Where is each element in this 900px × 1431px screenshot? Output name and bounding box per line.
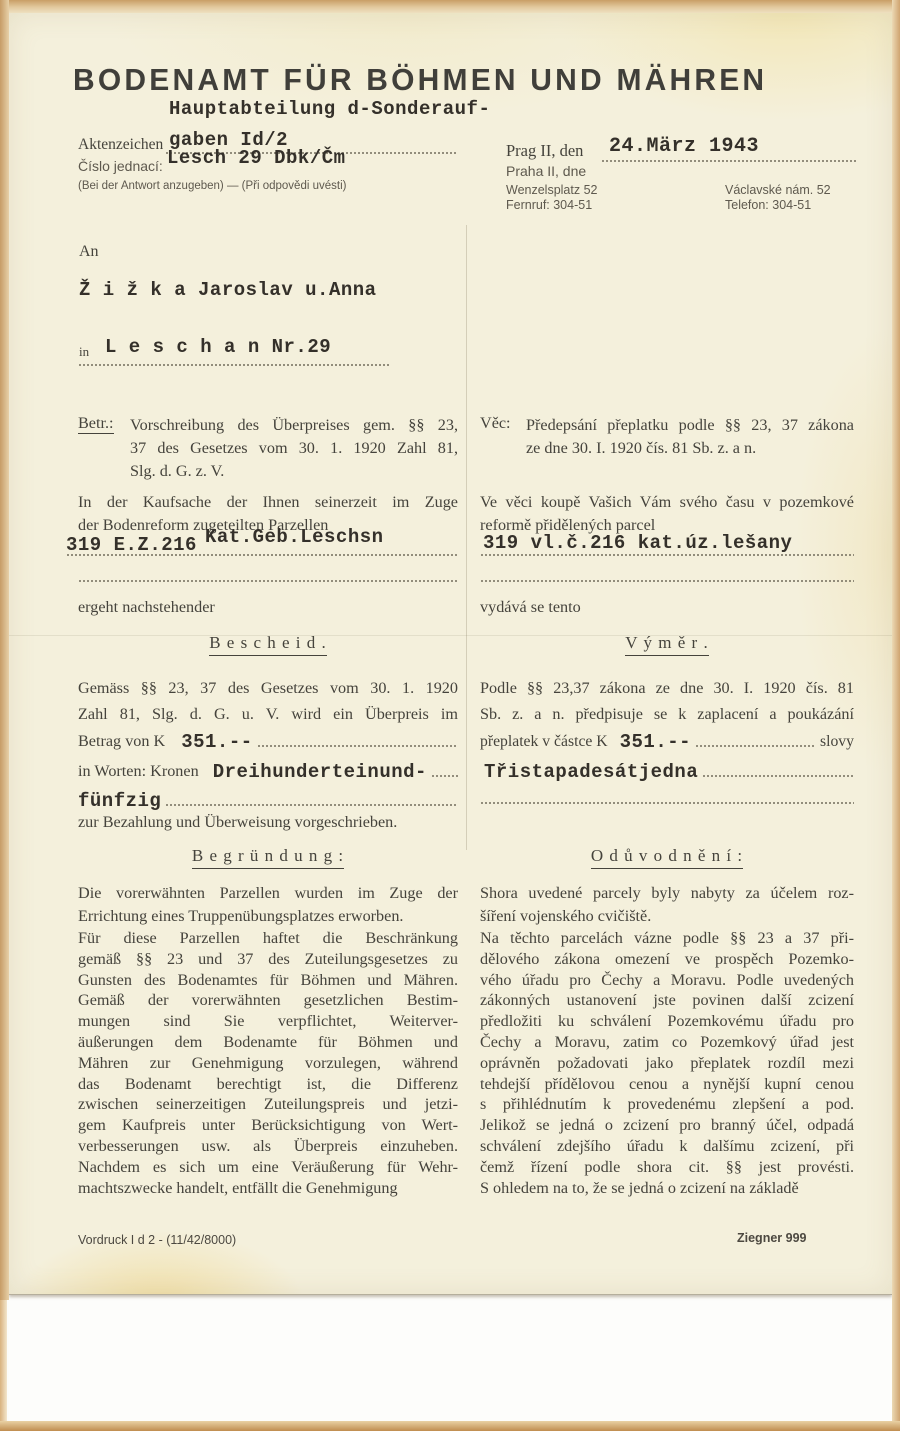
- text-line: verbesserungen usw. als Überpreis einzuh…: [78, 1136, 458, 1157]
- text-line: In der Kaufsache der Ihnen seinerzeit im…: [78, 491, 458, 514]
- text-line: Sb. z. a n. předpisuje se k zaplacení a …: [480, 702, 854, 728]
- reason-p1-de: Die vorerwähnten Parzellen wurden im Zug…: [78, 882, 458, 927]
- text-line: Gunsten des Bodenamtes für Böhmen und Mä…: [78, 970, 458, 991]
- bescheid-paragraph: Gemäss §§ 23, 37 des Gesetzes vom 30. 1.…: [78, 676, 458, 727]
- betreff-lines: Vorschreibung des Überpreises gem. §§ 23…: [130, 414, 458, 483]
- form-number: Vordruck I d 2 - (11/42/8000): [78, 1233, 236, 1247]
- text-line: Zahl 81, Slg. d. G. u. V. wird ein Überp…: [78, 702, 458, 728]
- blank-dotted-line-cs: [480, 580, 854, 582]
- text-line: gemäß §§ 23 und 37 des Zuteilungsgesetze…: [78, 949, 458, 970]
- amount-dotted-fill-de: [257, 745, 458, 747]
- text-line: Shora uvedené parcely byly nabyty za úče…: [480, 882, 854, 905]
- letter-paper: BODENAMT FÜR BÖHMEN UND MÄHREN Hauptabte…: [9, 13, 892, 1295]
- file-ref-note: (Bei der Antwort anzugeben) — (Při odpov…: [78, 180, 346, 192]
- text-line: Jelikož se jedná o zcizení pro branný úč…: [480, 1115, 854, 1136]
- text-line: Errichtung eines Truppenübungsplatzes er…: [78, 905, 458, 928]
- text-line: zwischen seinerzeitigen Zuteilungspreis …: [78, 1094, 458, 1115]
- vydava-line: vydává se tento: [480, 598, 581, 617]
- parcel-number-de: 319 E.Z.216: [66, 534, 197, 556]
- amount-label-cs: přeplatek v částce K: [480, 733, 608, 751]
- parcel-number-cs: 319 vl.č.216 kat.úz.lešany: [483, 532, 792, 554]
- text-line: äußerungen dem Bodenamte für Böhmen und: [78, 1032, 458, 1053]
- words2-dotted-fill-de: [165, 804, 458, 806]
- words-label-de: in Worten: Kronen: [78, 762, 199, 781]
- cadastre-de: Kat.Geb.Leschsn: [205, 526, 384, 548]
- recipient-in-label: in: [79, 344, 89, 360]
- date-value: 24.März 1943: [609, 135, 759, 158]
- agency-title: BODENAMT FÜR BÖHMEN UND MÄHREN: [73, 64, 767, 99]
- text-line: Mähren zur Genehmigung vorzulegen, währe…: [78, 1053, 458, 1074]
- text-line: s přihlédnutím k provedenému zlepšení a …: [480, 1094, 854, 1115]
- text-line: Für diese Parzellen haftet die Beschränk…: [78, 928, 458, 949]
- printer-mark: Ziegner 999: [737, 1231, 806, 1245]
- vec-lines: Předepsání přeplatku podle §§ 23, 37 zák…: [526, 414, 854, 460]
- text-line: das Bodenamt berechtigt ist, die Differe…: [78, 1074, 458, 1095]
- text-line: gem Kaufpreis unter Berücksichtigung von…: [78, 1115, 458, 1136]
- vymer-paragraph: Podle §§ 23,37 zákona ze dne 30. I. 1920…: [480, 676, 854, 727]
- reason-p1-cs: Shora uvedené parcely byly nabyty za úče…: [480, 882, 854, 927]
- betreff-block: Betr.: Vorschreibung des Überpreises gem…: [78, 414, 458, 483]
- photo-border-bottom: [0, 1421, 900, 1431]
- text-line: Gemäss §§ 23, 37 des Gesetzes vom 30. 1.…: [78, 676, 458, 702]
- veveci-paragraph: Ve věci koupě Vašich Vám svého času v po…: [480, 491, 854, 537]
- text-line: vého úřadu pro Čechy a Moravu. Podle uve…: [480, 970, 854, 991]
- amount-words-row-de: in Worten: Kronen Dreihunderteinund-: [78, 755, 458, 781]
- amount-row-de: Betrag von K 351.--: [78, 725, 458, 751]
- amount-words-de-1: Dreihunderteinund-: [213, 761, 427, 783]
- begruendung-heading: B e g r ü n d u n g :: [78, 846, 458, 866]
- text-line: zákonných ustanovení jste povinen další …: [480, 990, 854, 1011]
- text-line: šíření vojenského cvičiště.: [480, 905, 854, 928]
- place-date-label-cs: Praha II, dne: [506, 163, 586, 179]
- blank-dotted-line2-cs: [480, 802, 854, 804]
- fold-crease-vertical: [466, 225, 467, 850]
- amount-value-cs: 351.--: [620, 731, 691, 753]
- text-line: 37 des Gesetzes vom 30. 1. 1920 Zahl 81,: [130, 437, 458, 460]
- text-line: Die vorerwähnten Parzellen wurden im Zug…: [78, 882, 458, 905]
- blank-dotted-line-de: [78, 580, 457, 582]
- reason-p2-de: Für diese Parzellen haftet die Beschränk…: [78, 928, 458, 1198]
- file-ref-label-de: Aktenzeichen: [78, 136, 163, 154]
- text-line: S ohledem na to, že se jedná o zcizení n…: [480, 1178, 854, 1199]
- text-line: Předepsání přeplatku podle §§ 23, 37 zák…: [526, 414, 854, 437]
- text-line: dělového zákona omezení ve prospěch Poze…: [480, 949, 854, 970]
- recipient-name: Ž i ž k a Jaroslav u.Anna: [79, 279, 377, 301]
- amount-words2-row-de: fünfzig: [78, 784, 458, 810]
- amount-words-row-cs: Třistapadesátjedna: [480, 755, 854, 781]
- betreff-label: Betr.:: [78, 414, 114, 434]
- address-de-street: Wenzelsplatz 52: [506, 183, 598, 197]
- vec-label: Věc:: [480, 414, 511, 433]
- text-line: Slg. d. G. z. V.: [130, 460, 458, 483]
- photo-border-left-lower: [0, 1300, 7, 1431]
- file-ref-value: Lesch 29 Dbk/Čm: [167, 147, 346, 169]
- text-line: Ve věci koupě Vašich Vám svého času v po…: [480, 491, 854, 514]
- words-dotted-fill-cs: [702, 775, 854, 777]
- recipient-dotted-line: [78, 364, 391, 366]
- file-ref-label-cs: Číslo jednací:: [78, 158, 163, 174]
- text-line: mungen sind Sie verpflichtet, Weiterver-: [78, 1011, 458, 1032]
- text-line: předložiti ku schválení Pozemkovému úřad…: [480, 1011, 854, 1032]
- photo-border-left: [0, 0, 9, 1300]
- ergeht-line: ergeht nachstehender: [78, 598, 215, 617]
- text-line: Na těchto parcelách vázne podle §§ 23 a …: [480, 928, 854, 949]
- text-line: ze dne 30. I. 1920 čís. 81 Sb. z. a n.: [526, 437, 854, 460]
- address-de-phone: Fernruf: 304-51: [506, 198, 592, 212]
- recipient-place: L e s c h a n Nr.29: [105, 336, 331, 358]
- amount-dotted-fill-cs: [695, 745, 814, 747]
- oduvodneni-heading: O d ů v o d n ě n í :: [480, 846, 854, 866]
- vymer-heading: V ý m ě r .: [480, 633, 854, 653]
- bescheid-heading: B e s c h e i d .: [78, 633, 458, 653]
- text-line: schválení zdejšího úřadu k dalšímu zcize…: [480, 1136, 854, 1157]
- text-line: Nachdem es sich um eine Veräußerung für …: [78, 1157, 458, 1178]
- place-date-label-de: Prag II, den: [506, 141, 583, 161]
- text-line: oprávněn požadovati jako přeplatek rozdí…: [480, 1053, 854, 1074]
- department-line1: Hauptabteilung d-Sonderauf-: [169, 98, 490, 120]
- backing-sheet: [9, 1295, 893, 1421]
- text-line: machtszwecke handelt, entfällt die Geneh…: [78, 1178, 458, 1199]
- parcel-dotted-line-cs: [480, 554, 854, 556]
- text-line: Podle §§ 23,37 zákona ze dne 30. I. 1920…: [480, 676, 854, 702]
- words-dotted-fill-de: [431, 775, 458, 777]
- amount-label-de: Betrag von K: [78, 732, 165, 751]
- address-cs-street: Václavské nám. 52: [725, 183, 831, 197]
- amount-words-cs: Třistapadesátjedna: [484, 761, 698, 783]
- text-line: tehdejší přídělovou cenou a nynější kupn…: [480, 1074, 854, 1095]
- bezahlung-line: zur Bezahlung und Überweisung vorgeschri…: [78, 813, 397, 832]
- photo-border-right: [892, 0, 900, 1431]
- text-line: Čechy a Moravu, zatim co Pozemkový úřad …: [480, 1032, 854, 1053]
- photo-border-top: [0, 0, 900, 13]
- address-cs-phone: Telefon: 304-51: [725, 198, 811, 212]
- reason-p2-cs: Na těchto parcelách vázne podle §§ 23 a …: [480, 928, 854, 1198]
- parcel-dotted-line-de: [66, 554, 457, 556]
- recipient-an-label: An: [79, 243, 99, 261]
- slovy-label: slovy: [820, 733, 854, 751]
- amount-words-de-2: fünfzig: [78, 790, 161, 812]
- text-line: Gemäß der vorerwähnten gesetzlichen Best…: [78, 990, 458, 1011]
- vec-block: Věc: Předepsání přeplatku podle §§ 23, 3…: [480, 414, 854, 460]
- text-line: Vorschreibung des Überpreises gem. §§ 23…: [130, 414, 458, 437]
- text-line: čemž řízení podle shora cit. §§ jest pro…: [480, 1157, 854, 1178]
- scanned-letter: BODENAMT FÜR BÖHMEN UND MÄHREN Hauptabte…: [0, 0, 900, 1431]
- amount-row-cs: přeplatek v částce K 351.-- slovy: [480, 725, 854, 751]
- date-dotted-line: [601, 160, 857, 162]
- amount-value-de: 351.--: [181, 731, 252, 753]
